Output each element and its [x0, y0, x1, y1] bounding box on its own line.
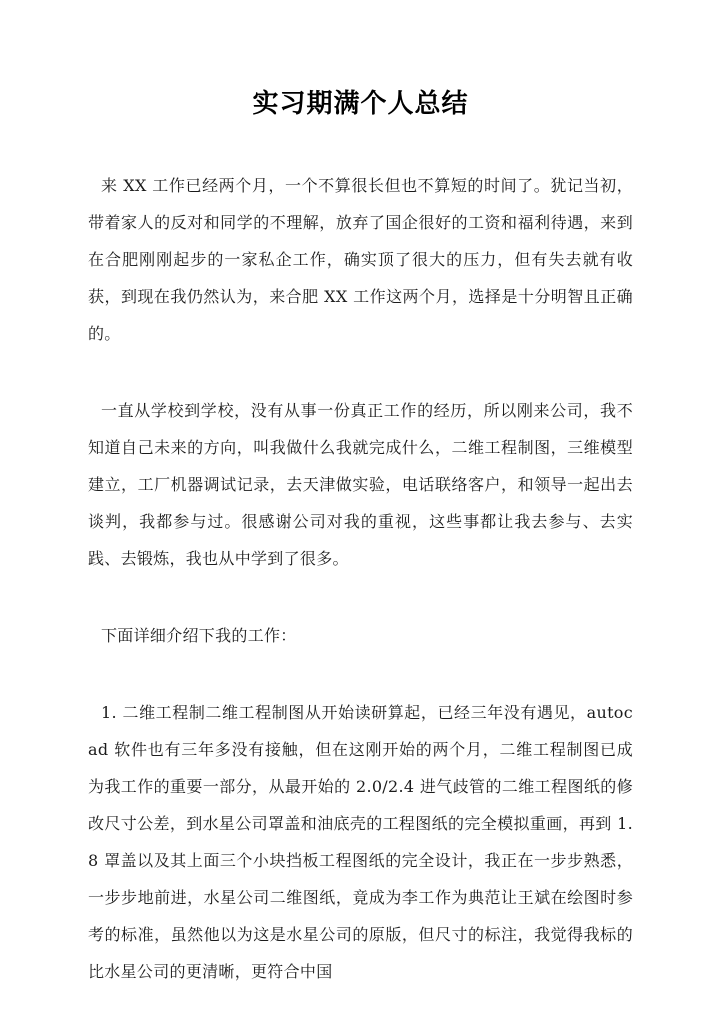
paragraph-experience: 一直从学校到学校，没有从事一份真正工作的经历，所以刚来公司，我不知道自己未来的方…: [88, 392, 633, 577]
document-page: 实习期满个人总结 来 XX 工作已经两个月，一个不算很长但也不算短的时间了。犹记…: [0, 0, 721, 1020]
document-title: 实习期满个人总结: [88, 86, 633, 122]
paragraph-intro: 来 XX 工作已经两个月，一个不算很长但也不算短的时间了。犹记当初，带着家人的反…: [88, 167, 633, 352]
paragraph-item-1-drafting: 1. 二维工程制二维工程制图从开始读研算起，已经三年没有遇见，autocad 软…: [88, 694, 633, 990]
paragraph-work-intro: 下面详细介绍下我的工作：: [88, 617, 633, 654]
document-body: 来 XX 工作已经两个月，一个不算很长但也不算短的时间了。犹记当初，带着家人的反…: [88, 167, 633, 990]
